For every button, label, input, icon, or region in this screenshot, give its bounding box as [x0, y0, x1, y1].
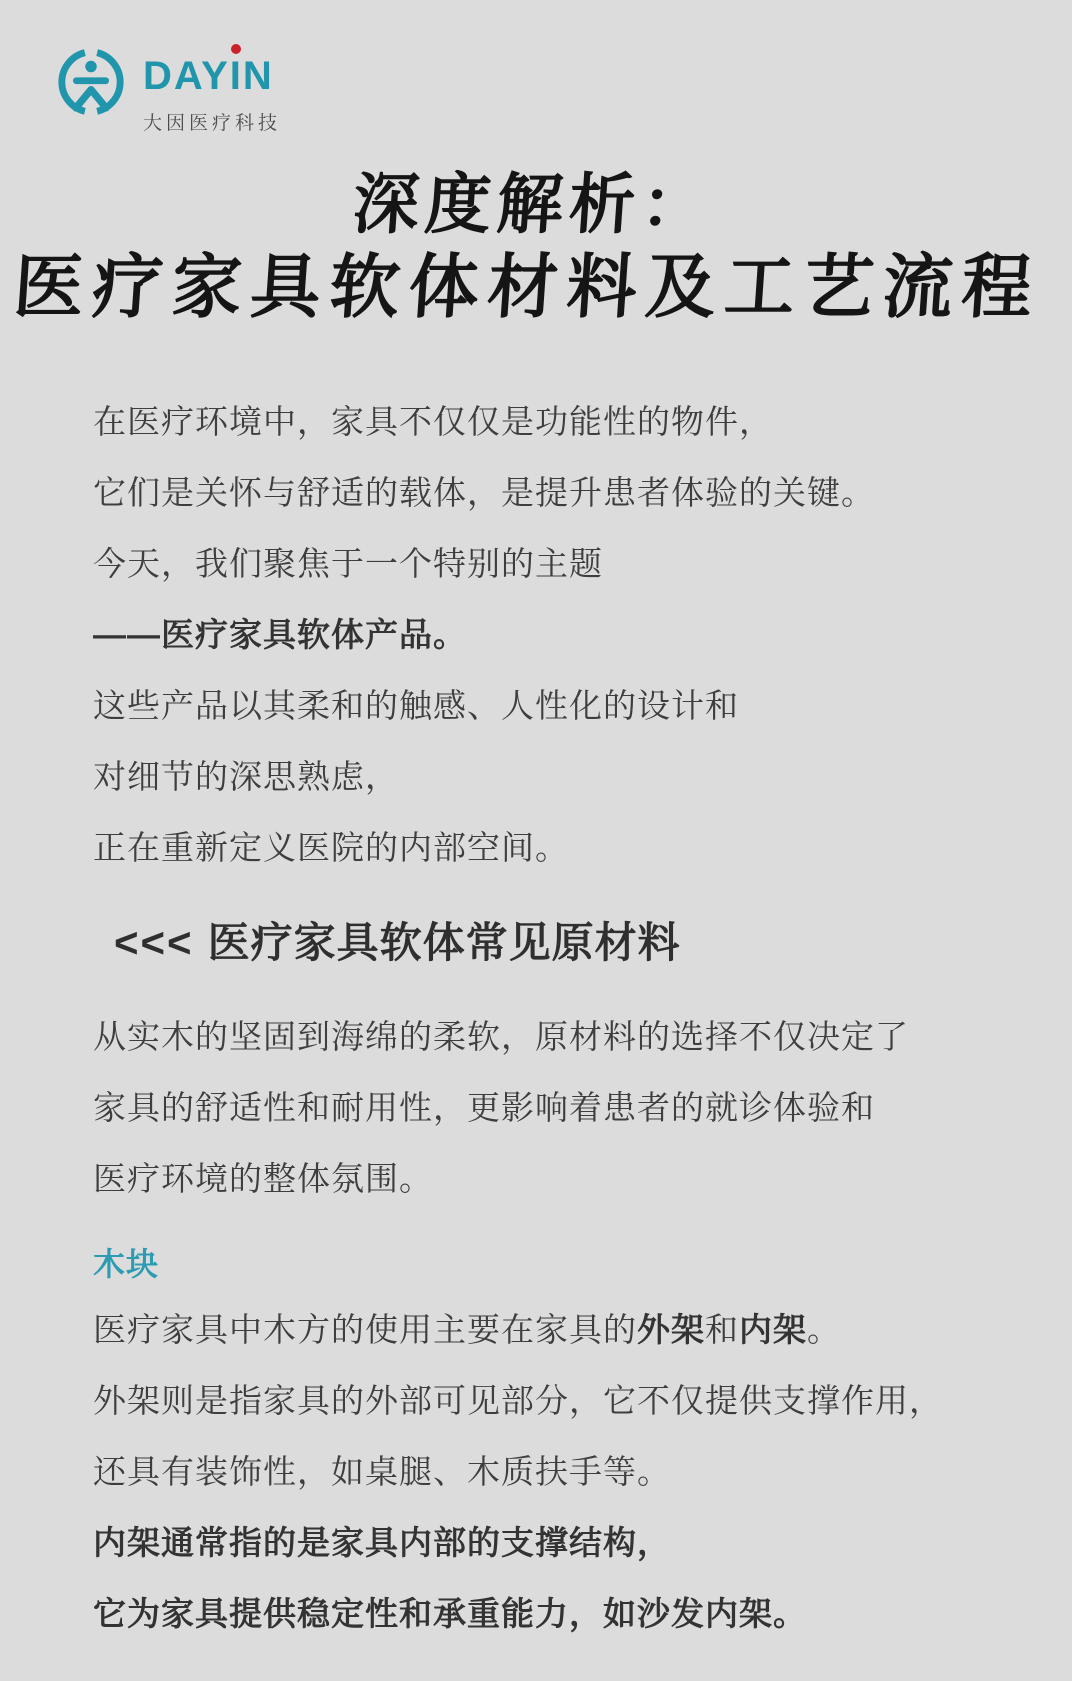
section-heading: <<<医疗家具软体常见原材料	[93, 910, 1022, 970]
intro-line: 在医疗环境中，家具不仅仅是功能性的物件，	[93, 403, 1022, 441]
wood-line-segment: 和	[705, 1311, 739, 1348]
wood-line-segment: 医疗家具中木方的使用主要在家具的	[93, 1311, 637, 1348]
intro-line-emphasis: ——医疗家具软体产品。	[93, 616, 1022, 654]
article-body: 在医疗环境中，家具不仅仅是功能性的物件， 它们是关怀与舒适的载体，是提升患者体验…	[0, 325, 1072, 1633]
title-line-2: 医疗家具软体材料及工艺流程	[0, 248, 1066, 325]
wood-line-mixed: 医疗家具中木方的使用主要在家具的外架和内架。	[93, 1311, 1022, 1349]
wood-line: 外架则是指家具的外部可见部分，它不仅提供支撑作用，	[93, 1382, 1022, 1420]
wood-line-segment-bold: 内架	[739, 1311, 807, 1348]
intro-line: 今天，我们聚焦于一个特别的主题	[93, 545, 1022, 583]
wood-line-emphasis: 内架通常指的是家具内部的支撑结构，	[93, 1524, 1022, 1562]
title-line-1: 深度解析：	[0, 168, 1072, 242]
wood-line-segment-bold: 外架	[637, 1311, 705, 1348]
wood-line-segment: 。	[807, 1311, 841, 1348]
wood-line-emphasis: 它为家具提供稳定性和承重能力，如沙发内架。	[93, 1595, 1022, 1633]
page-title: 深度解析： 医疗家具软体材料及工艺流程	[0, 0, 1072, 325]
intro-line: 它们是关怀与舒适的载体，是提升患者体验的关键。	[93, 474, 1022, 512]
wood-line: 还具有装饰性，如桌腿、木质扶手等。	[93, 1453, 1022, 1491]
intro-line: 对细节的深思熟虑，	[93, 758, 1022, 796]
section-line: 医疗环境的整体氛围。	[93, 1160, 1022, 1198]
section-line: 家具的舒适性和耐用性，更影响着患者的就诊体验和	[93, 1089, 1022, 1127]
intro-line: 这些产品以其柔和的触感、人性化的设计和	[93, 687, 1022, 725]
triple-chevron-marker: <<<	[114, 919, 194, 966]
material-subheading: 木块	[93, 1246, 1022, 1283]
section-line: 从实木的坚固到海绵的柔软，原材料的选择不仅决定了	[93, 1018, 1022, 1056]
intro-line: 正在重新定义医院的内部空间。	[93, 829, 1022, 867]
section-heading-text: 医疗家具软体常见原材料	[208, 919, 681, 966]
article-page: DAYIN 大因医疗科技 深度解析： 医疗家具软体材料及工艺流程 在医疗环境中，…	[0, 0, 1072, 1681]
